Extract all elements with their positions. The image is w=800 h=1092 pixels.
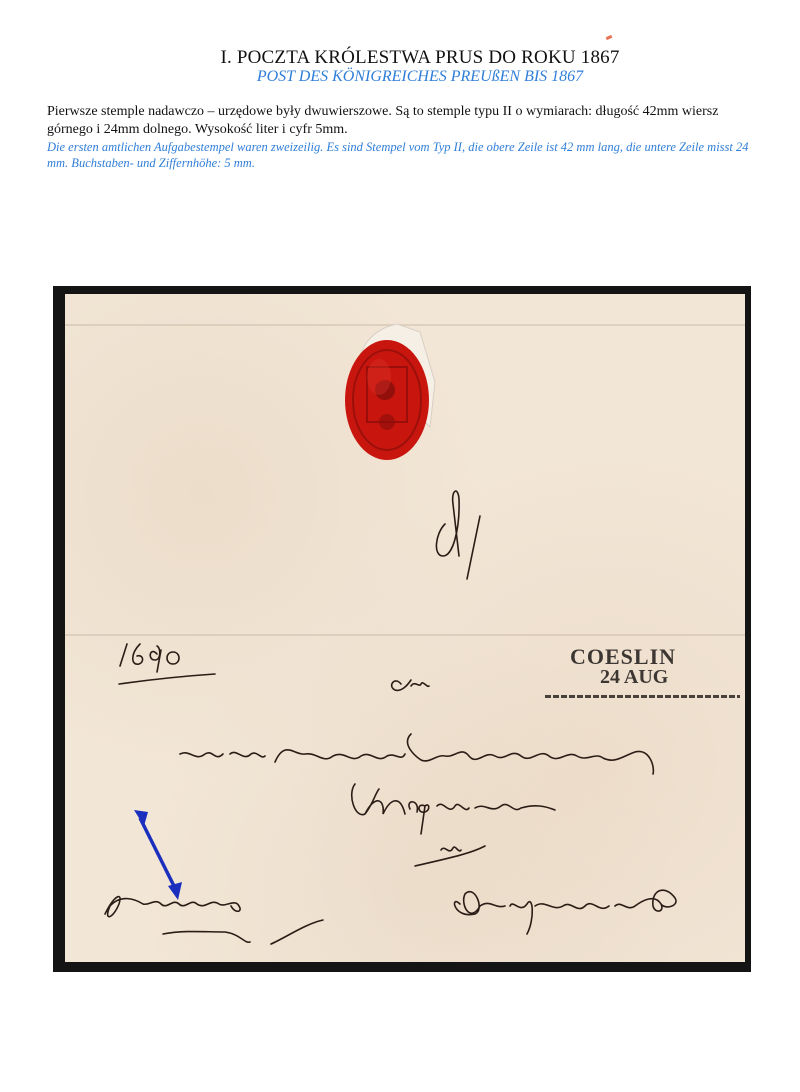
page-title-german: POST DES KÖNIGREICHES PREUßEN BIS 1867 [0, 68, 800, 86]
description-german: Die ersten amtlichen Aufgabestempel ware… [47, 139, 767, 171]
postmark-rule [545, 695, 740, 698]
page-title-polish: I. POCZTA KRÓLESTWA PRUS DO ROKU 1867 [0, 47, 800, 69]
postmark-stamp: COESLIN 24 AUG [570, 644, 740, 698]
description-polish: Pierwsze stemple nadawczo – urzędowe był… [47, 103, 767, 139]
red-mark [606, 35, 613, 40]
annotation-arrow-icon [130, 808, 190, 903]
